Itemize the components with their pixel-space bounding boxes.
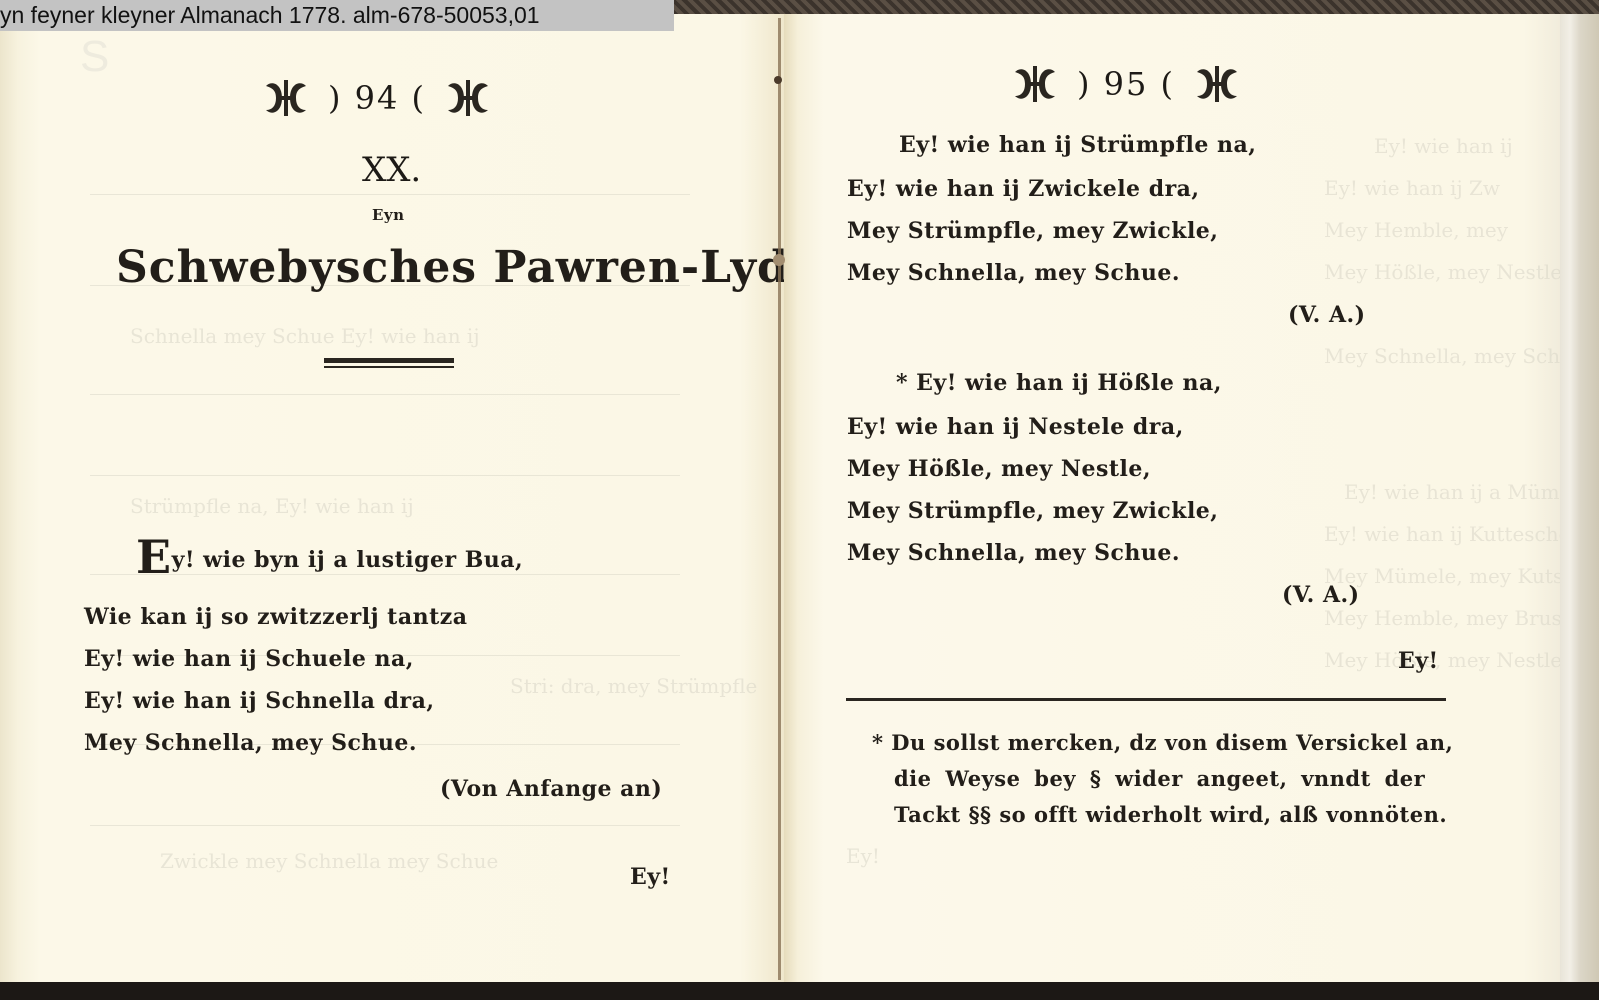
show-through-text: Schnella mey Schue Ey! wie han ij: [130, 324, 480, 348]
show-through-text: Ey! wie han ij Zw: [1324, 176, 1500, 200]
show-through-text: Mey Hößle, mey Nestle,: [1324, 648, 1568, 672]
stanza1-line-4: Mey Schnella, mey Schue.: [847, 260, 1180, 286]
page-number: ) 95 (: [1077, 64, 1175, 104]
song-title: Schwebysches Pawren-Lyd.: [116, 242, 805, 293]
fleuron-ornament-icon: [1193, 64, 1241, 104]
right-page: Ey! wie han ij Ey! wie han ij Zw Mey Hem…: [784, 14, 1560, 982]
stanza1-direction: (V. A.): [1288, 302, 1366, 328]
footnote-rule: [846, 698, 1446, 701]
stanza2-direction: (V. A.): [1282, 582, 1360, 608]
stanza2-line-4: Mey Strümpfle, mey Zwickle,: [847, 498, 1218, 524]
show-through-text: Strümpfle na, Ey! wie han ij: [130, 494, 414, 518]
title-prefix: Eyn: [372, 206, 405, 224]
verse-line-3: Ey! wie han ij Schuele na,: [84, 646, 414, 672]
catchword: Ey!: [630, 864, 671, 890]
title-double-rule: [324, 358, 454, 368]
image-caption: yn feyner kleyner Almanach 1778. alm-678…: [0, 0, 674, 31]
verse-line-5: Mey Schnella, mey Schue.: [84, 730, 417, 756]
book-cover-bottom-edge: [0, 982, 1599, 1000]
stanza2-line-5: Mey Schnella, mey Schue.: [847, 540, 1180, 566]
show-through-text: Zwickle mey Schnella mey Schue: [160, 849, 498, 873]
show-through-staff: [90, 394, 680, 476]
show-through-text: Ey!: [846, 844, 880, 868]
footnote-line-3: Tackt §§ so offt widerholt wird, alß von…: [894, 802, 1447, 827]
footnote-line-2: die Weyse bey § wider angeet, vnndt der: [894, 766, 1425, 791]
show-through-text: Stri: dra, mey Strümpfle: [510, 674, 757, 698]
binding-knot: [774, 76, 782, 84]
show-through-mark: S: [80, 32, 109, 82]
page-number: ) 94 (: [328, 78, 426, 118]
show-through-text: Ey! wie han ij: [1374, 134, 1513, 158]
verse-line-1: Ey! wie byn ij a lustiger Bua,: [136, 530, 523, 584]
stanza2-line-1: * Ey! wie han ij Hößle na,: [896, 370, 1222, 396]
page-stack-edge: [1560, 14, 1599, 982]
show-through-text: Mey Mümele, mey Kutschle,: [1324, 564, 1599, 588]
book-spine-thread: [778, 18, 781, 980]
verse-line-text: y! wie byn ij a lustiger Bua,: [172, 547, 524, 573]
stanza2-line-2: Ey! wie han ij Nestele dra,: [847, 414, 1184, 440]
show-through-text: Ey! wie han ij Kutteschen dra,: [1324, 522, 1599, 546]
stanza2-line-3: Mey Hößle, mey Nestle,: [847, 456, 1151, 482]
verse-line-4: Ey! wie han ij Schnella dra,: [84, 688, 435, 714]
show-through-text: Mey Hemble, mey Brustle,: [1324, 606, 1594, 630]
show-through-text: Mey Hemble, mey: [1324, 218, 1508, 242]
stanza1-line-1: Ey! wie han ij Strümpfle na,: [899, 132, 1256, 158]
stanza1-line-3: Mey Strümpfle, mey Zwickle,: [847, 218, 1218, 244]
catchword: Ey!: [1398, 648, 1439, 674]
show-through-text: Mey Hößle, mey Nestle,: [1324, 260, 1568, 284]
stanza1-line-2: Ey! wie han ij Zwickele dra,: [847, 176, 1200, 202]
fleuron-ornament-icon: [262, 78, 310, 118]
footnote-line-1: * Du sollst mercken, dz von disem Versic…: [872, 730, 1453, 755]
fleuron-ornament-icon: [1011, 64, 1059, 104]
binding-knot: [773, 254, 785, 266]
fleuron-ornament-icon: [444, 78, 492, 118]
page-header: ) 94 (: [262, 78, 492, 118]
show-through-text: Mey Schnella, mey Schue.: [1324, 344, 1591, 368]
verse-line-2: Wie kan ij so zwitzzerlj tantza: [84, 604, 468, 630]
section-number: XX.: [362, 150, 421, 190]
page-header: ) 95 (: [1011, 64, 1241, 104]
repeat-direction: (Von Anfange an): [440, 776, 662, 802]
drop-cap: E: [136, 530, 172, 584]
left-page: S Schnella mey Schue Ey! wie han ij Strü…: [0, 14, 784, 982]
